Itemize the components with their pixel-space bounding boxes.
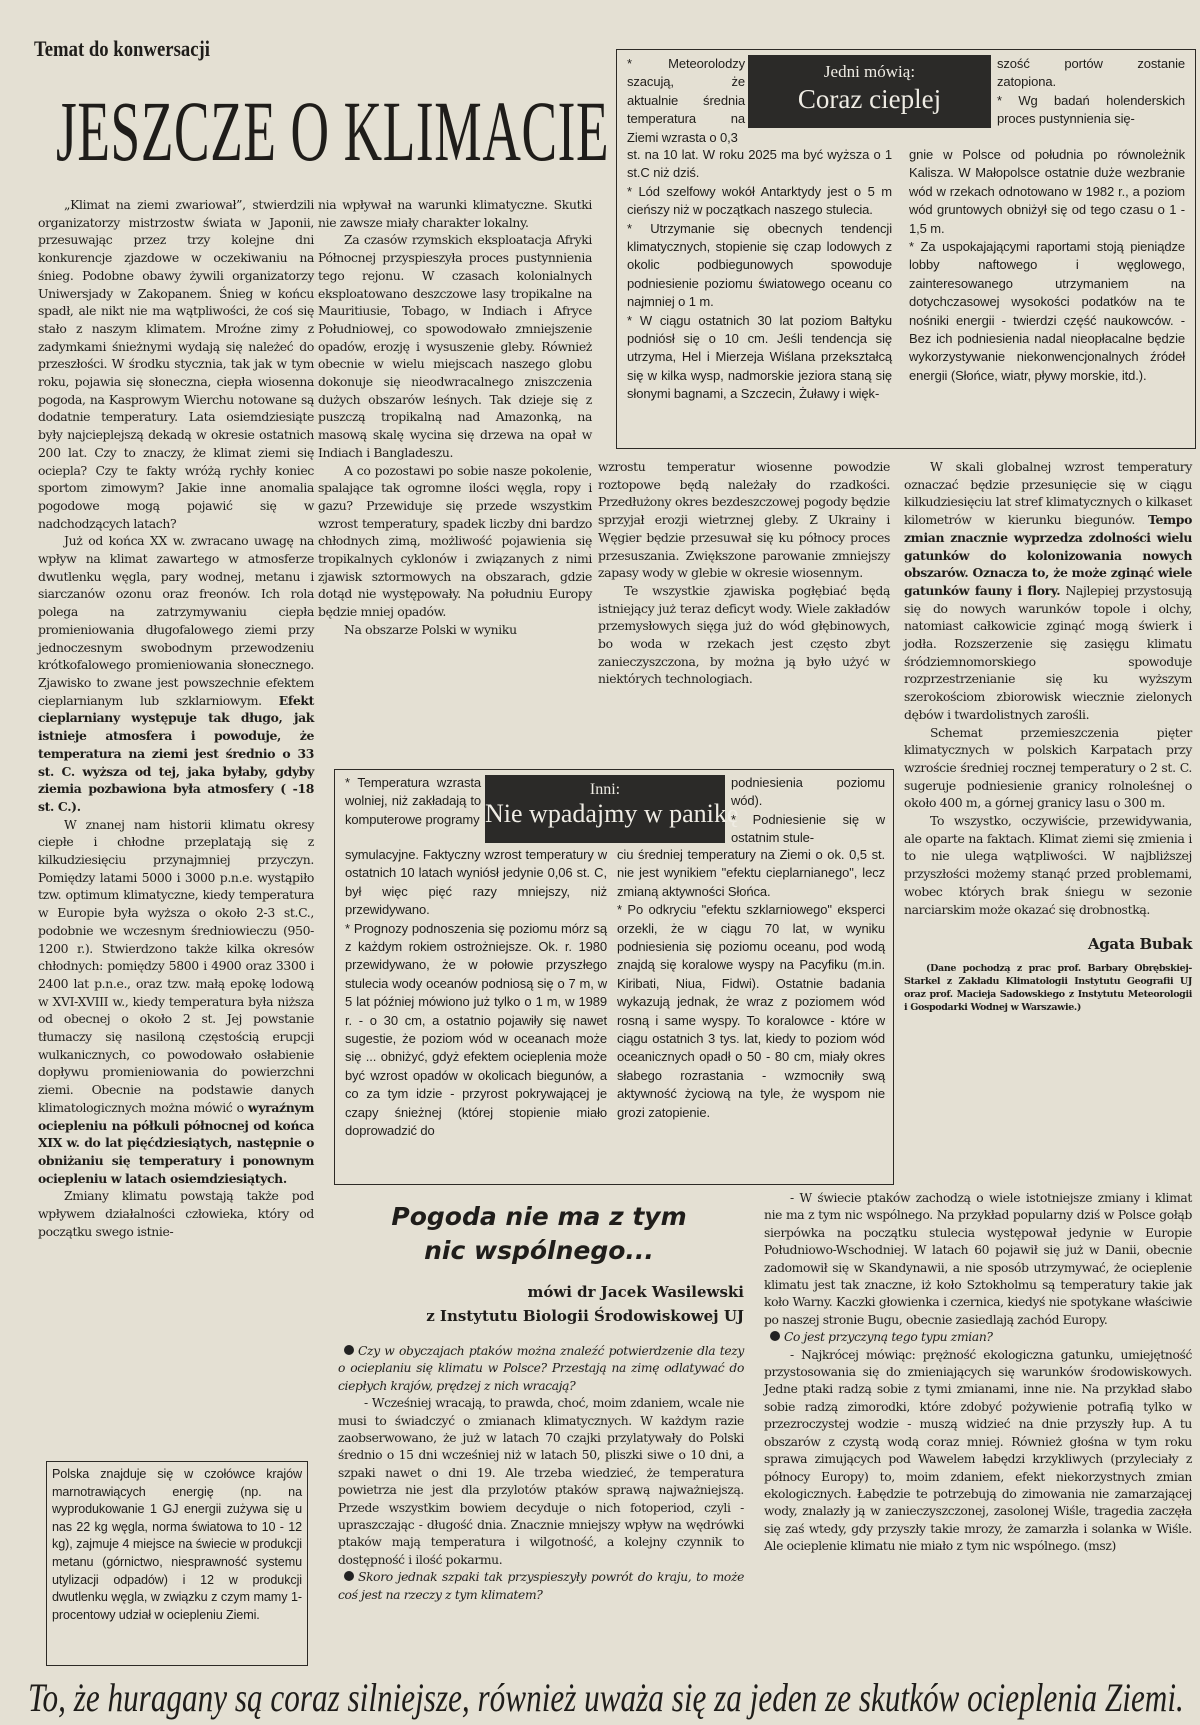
box-text: gnie w Polsce od południa po równoleżnik… (909, 146, 1185, 238)
question-text: Co jest przyczyną tego typu zmian? (784, 1330, 993, 1344)
article-paragraph: „Klimat na ziemi zwariował”, stwierdzili… (38, 196, 314, 532)
box-text: symulacyjne. Faktyczny wzrost temperatur… (345, 846, 607, 920)
box-banner: Inni: Nie wpadajmy w panikę (485, 775, 725, 843)
interview-question: Czy w obyczajach ptaków można znaleźć po… (338, 1343, 744, 1395)
article-paragraph: Za czasów rzymskich eksploatacja Afryki … (318, 231, 592, 461)
box-text: st. na 10 lat. W roku 2025 ma być wyższa… (627, 146, 892, 183)
interview-title: Pogoda nie ma z tym nic wspólnego... (334, 1200, 744, 1268)
bullet-icon (770, 1331, 780, 1341)
article-column-1: „Klimat na ziemi zwariował”, stwierdzili… (38, 196, 314, 1240)
section-kicker: Temat do konwersacji (34, 36, 210, 62)
bullet-icon (344, 1345, 354, 1355)
article-paragraph: A co pozostawi po sobie nasze pokolenie,… (318, 462, 592, 621)
box-text: Polska znajduje się w czołówce krajów ma… (52, 1466, 302, 1624)
interview-title-line: nic wspólnego... (334, 1234, 744, 1268)
box-column-right: ciu średniej temperatury na Ziemi o ok. … (617, 846, 885, 1122)
article-column-3: wzrostu temperatur wiosenne powodzie roz… (598, 458, 890, 688)
box-text-wrap-right: szość portów zostanie zatopiona. * Wg ba… (997, 55, 1185, 129)
question-text: Skoro jednak szpaki tak przyspieszyły po… (338, 1570, 744, 1601)
box-item: * W ciągu ostatnich 30 lat poziom Bałtyk… (627, 312, 892, 404)
article-paragraph: Schemat przemieszczenia pięter klimatycz… (904, 724, 1192, 813)
interview-column-1: Czy w obyczajach ptaków można znaleźć po… (338, 1343, 744, 1604)
interview-answer: - Wcześniej wracają, to prawda, choć, mo… (338, 1395, 744, 1569)
banner-title: Nie wpadajmy w panikę (485, 799, 725, 829)
article-paragraph: W skali globalnej wzrost temperatury ozn… (904, 458, 1192, 724)
bold-emphasis: Efekt cieplarniany występuje tak długo, … (38, 693, 314, 814)
article-paragraph: Te wszystkie zjawiska pogłębiać będą ist… (598, 582, 890, 688)
paragraph-text: Już od końca XX w. zwracano uwagę na wpł… (38, 533, 314, 707)
article-column-4: W skali globalnej wzrost temperatury ozn… (904, 458, 1192, 1014)
article-paragraph: Już od końca XX w. zwracano uwagę na wpł… (38, 532, 314, 815)
bullet-icon (344, 1571, 354, 1581)
author-signature: Agata Bubak (904, 936, 1192, 954)
sidebar-box-panic: Inni: Nie wpadajmy w panikę * Temperatur… (334, 769, 894, 1185)
interview-question: Co jest przyczyną tego typu zmian? (764, 1329, 1192, 1346)
box-column-right: gnie w Polsce od południa po równoleżnik… (909, 146, 1185, 385)
banner-title: Coraz cieplej (748, 84, 991, 115)
byline-name: mówi dr Jacek Wasilewski (334, 1280, 744, 1304)
box-text-wrap-right: podniesienia poziomu wód). * Podniesieni… (731, 774, 885, 848)
byline-institution: z Instytutu Biologii Środowiskowej UJ (334, 1304, 744, 1328)
box-column-left: symulacyjne. Faktyczny wzrost temperatur… (345, 846, 607, 1141)
article-paragraph: wzrostu temperatur wiosenne powodzie roz… (598, 458, 890, 582)
source-note: (Dane pochodzą z prac prof. Barbary Obrę… (904, 962, 1192, 1014)
box-banner: Jedni mówią: Coraz cieplej (748, 55, 991, 128)
footer-tagline: To, że huragany są coraz silniejsze, rów… (28, 1674, 1184, 1721)
interview-answer: - W świecie ptaków zachodzą o wiele isto… (764, 1190, 1192, 1329)
interview-title-line: Pogoda nie ma z tym (334, 1200, 744, 1234)
box-text-wrap-left: * Temperatura wzrasta wolniej, niż zakła… (345, 774, 481, 829)
box-text: ciu średniej temperatury na Ziemi o ok. … (617, 846, 885, 901)
paragraph-text: W znanej nam historii klimatu okresy cie… (38, 817, 314, 1115)
article-paragraph: Na obszarze Polski w wyniku (318, 621, 592, 639)
box-item: * Po odkryciu "efektu szklarniowego" eks… (617, 901, 885, 1122)
article-paragraph: To wszystko, oczywiście, przewidywania, … (904, 812, 1192, 918)
box-text-wrap-left: * Meteorolodzy szacują, że aktualnie śre… (627, 55, 745, 147)
box-column-left: st. na 10 lat. W roku 2025 ma być wyższa… (627, 146, 892, 404)
paragraph-text: Najlepiej przystosują się do nowych waru… (904, 583, 1192, 722)
box-item: * Za uspokajającymi raportami stoją pien… (909, 238, 1185, 385)
interview-column-2: - W świecie ptaków zachodzą o wiele isto… (764, 1190, 1192, 1556)
banner-kicker: Inni: (485, 781, 725, 799)
interview-question: Skoro jednak szpaki tak przyspieszyły po… (338, 1569, 744, 1604)
box-item: * Utrzymanie się obecnych tendencji klim… (627, 220, 892, 312)
interview-byline: mówi dr Jacek Wasilewski z Instytutu Bio… (334, 1280, 744, 1328)
question-text: Czy w obyczajach ptaków można znaleźć po… (338, 1344, 744, 1393)
banner-kicker: Jedni mówią: (748, 62, 991, 82)
sidebar-box-poland: Polska znajduje się w czołówce krajów ma… (46, 1461, 308, 1666)
box-item: * Prognozy podnoszenia się poziomu mórz … (345, 920, 607, 1141)
page-title: JESZCZE O KLIMACIE (56, 88, 609, 174)
interview-answer: - Najkrócej mówiąc: prężność ekologiczna… (764, 1347, 1192, 1556)
article-column-2: nia wpływał na warunki klimatyczne. Skut… (318, 196, 592, 639)
article-paragraph: W znanej nam historii klimatu okresy cie… (38, 816, 314, 1188)
article-paragraph: Zmiany klimatu powstają także pod wpływe… (38, 1187, 314, 1240)
article-paragraph: nia wpływał na warunki klimatyczne. Skut… (318, 196, 592, 231)
sidebar-box-warmer: Jedni mówią: Coraz cieplej * Meteorolodz… (616, 49, 1196, 449)
box-item: * Lód szelfowy wokół Antarktydy jest o 5… (627, 183, 892, 220)
